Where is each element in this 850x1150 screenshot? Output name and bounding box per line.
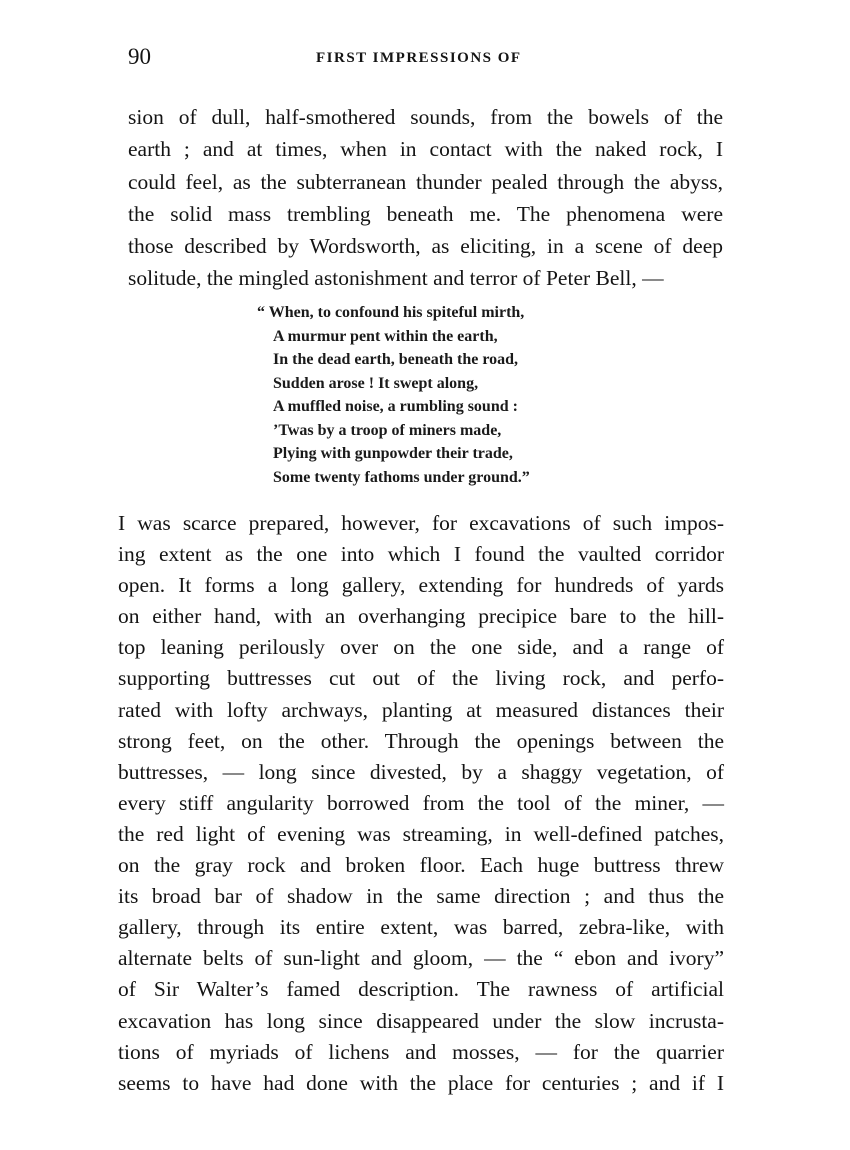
text-line: ing extent as the one into which I found… [118, 539, 724, 570]
text-line: could feel, as the subterranean thunder … [128, 166, 723, 198]
text-line: top leaning perilously over on the one s… [118, 632, 724, 663]
page-number: 90 [128, 44, 151, 70]
running-head: 90 FIRST IMPRESSIONS OF [128, 44, 728, 74]
text-line: rated with lofty archways, planting at m… [118, 695, 724, 726]
text-line: on either hand, with an overhanging prec… [118, 601, 724, 632]
text-line: every stiff angularity borrowed from the… [118, 788, 724, 819]
text-line: seems to have had done with the place fo… [118, 1068, 724, 1099]
text-line: tions of myriads of lichens and mosses, … [118, 1037, 724, 1068]
text-line: of Sir Walter’s famed description. The r… [118, 974, 724, 1005]
text-line: those described by Wordsworth, as elicit… [128, 230, 723, 262]
text-line: open. It forms a long gallery, extending… [118, 570, 724, 601]
text-line: on the gray rock and broken floor. Each … [118, 850, 724, 881]
text-line: gallery, through its entire extent, was … [118, 912, 724, 943]
text-line: the red light of evening was streaming, … [118, 819, 724, 850]
text-line: solitude, the mingled astonishment and t… [128, 262, 723, 294]
verse-line: ’Twas by a troop of miners made, [257, 419, 530, 443]
text-line: buttresses, — long since divested, by a … [118, 757, 724, 788]
text-line: sion of dull, half-smothered sounds, fro… [128, 101, 723, 133]
verse-line: Some twenty fathoms under ground.” [257, 466, 530, 490]
text-line: excavation has long since disappeared un… [118, 1006, 724, 1037]
verse-line: Plying with gunpowder their trade, [257, 442, 530, 466]
paragraph-1: sion of dull, half-smothered sounds, fro… [128, 101, 723, 295]
text-line: its broad bar of shadow in the same dire… [118, 881, 724, 912]
text-line: I was scarce prepared, however, for exca… [118, 508, 724, 539]
verse-line: A murmur pent within the earth, [257, 325, 530, 349]
paragraph-2: I was scarce prepared, however, for exca… [118, 508, 724, 1099]
verse-line: Sudden arose ! It swept along, [257, 372, 530, 396]
book-page: 90 FIRST IMPRESSIONS OF sion of dull, ha… [0, 0, 850, 1150]
text-line: the solid mass trembling beneath me. The… [128, 198, 723, 230]
verse-quotation: “ When, to confound his spiteful mirth, … [257, 301, 530, 489]
text-line: supporting buttresses cut out of the liv… [118, 663, 724, 694]
text-line: strong feet, on the other. Through the o… [118, 726, 724, 757]
verse-line: A muffled noise, a rumbling sound : [257, 395, 530, 419]
running-title: FIRST IMPRESSIONS OF [316, 50, 522, 67]
text-line: alternate belts of sun-light and gloom, … [118, 943, 724, 974]
verse-line: “ When, to confound his spiteful mirth, [257, 301, 530, 325]
text-line: earth ; and at times, when in contact wi… [128, 133, 723, 165]
verse-line: In the dead earth, beneath the road, [257, 348, 530, 372]
